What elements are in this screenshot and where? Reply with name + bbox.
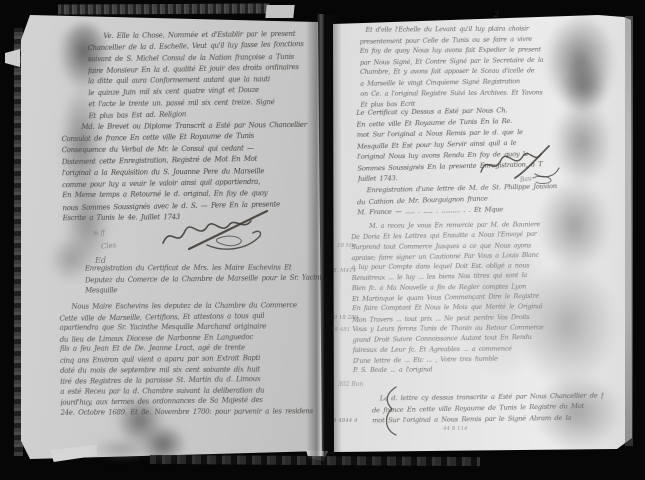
handwriting-block: La d. lettre cy dessus transcrite a Esté… <box>372 390 605 427</box>
margin-annotation: 8. M414 <box>333 268 356 274</box>
signature-flourish-right-page <box>475 142 565 184</box>
margin-annotation: 4 4844 4 <box>333 418 358 424</box>
book-bottom-page-edges <box>150 455 480 466</box>
margin-annotation: Ed <box>95 256 106 265</box>
margin-annotation: 44 8 114 <box>443 426 468 432</box>
margin-annotation: 10 18 288 <box>330 315 358 321</box>
handwriting-block: Nous Maire Eschevins les deputez de la C… <box>59 300 322 419</box>
paragraph-bracket-flourish <box>380 385 400 437</box>
book-top-page-edges <box>58 3 270 14</box>
signature-flourish-left-page <box>155 205 275 253</box>
margin-annotation: Cles <box>101 241 117 251</box>
handwriting-block: M. a receu Je vous En remercie par M. de… <box>351 218 591 376</box>
protruding-page-tab-top <box>265 5 294 18</box>
handwriting-block: Enregistration du Certificat de Mrs. les… <box>85 262 323 297</box>
margin-annotation: 18 Mle <box>337 243 356 249</box>
handwriting-block: Et d'elle l'Echelle du Levant qu'il luy … <box>359 23 578 110</box>
margin-annotation: № ff <box>93 230 105 238</box>
handwriting-block: Ve. Elle la Chose, Nommée et d'Establir … <box>87 28 318 122</box>
margin-annotation: 18 481 <box>331 327 350 333</box>
handwriting-line: Mesquille <box>85 284 323 296</box>
handwriting-block: Enregistration d'une lettre de M. de St.… <box>357 180 586 219</box>
manuscript-scan: 2 Ve. Elle la Chose, Nommée et d'Establi… <box>0 0 645 480</box>
handwriting-line: 24e. Octobre 1689. Et 8e. Novembre 1700:… <box>61 406 323 418</box>
protruding-page-tab-left <box>5 49 20 67</box>
margin-annotation: 302 Bon <box>338 381 363 388</box>
page-number: 2 <box>494 10 499 19</box>
book-right-page-edges <box>625 16 633 446</box>
